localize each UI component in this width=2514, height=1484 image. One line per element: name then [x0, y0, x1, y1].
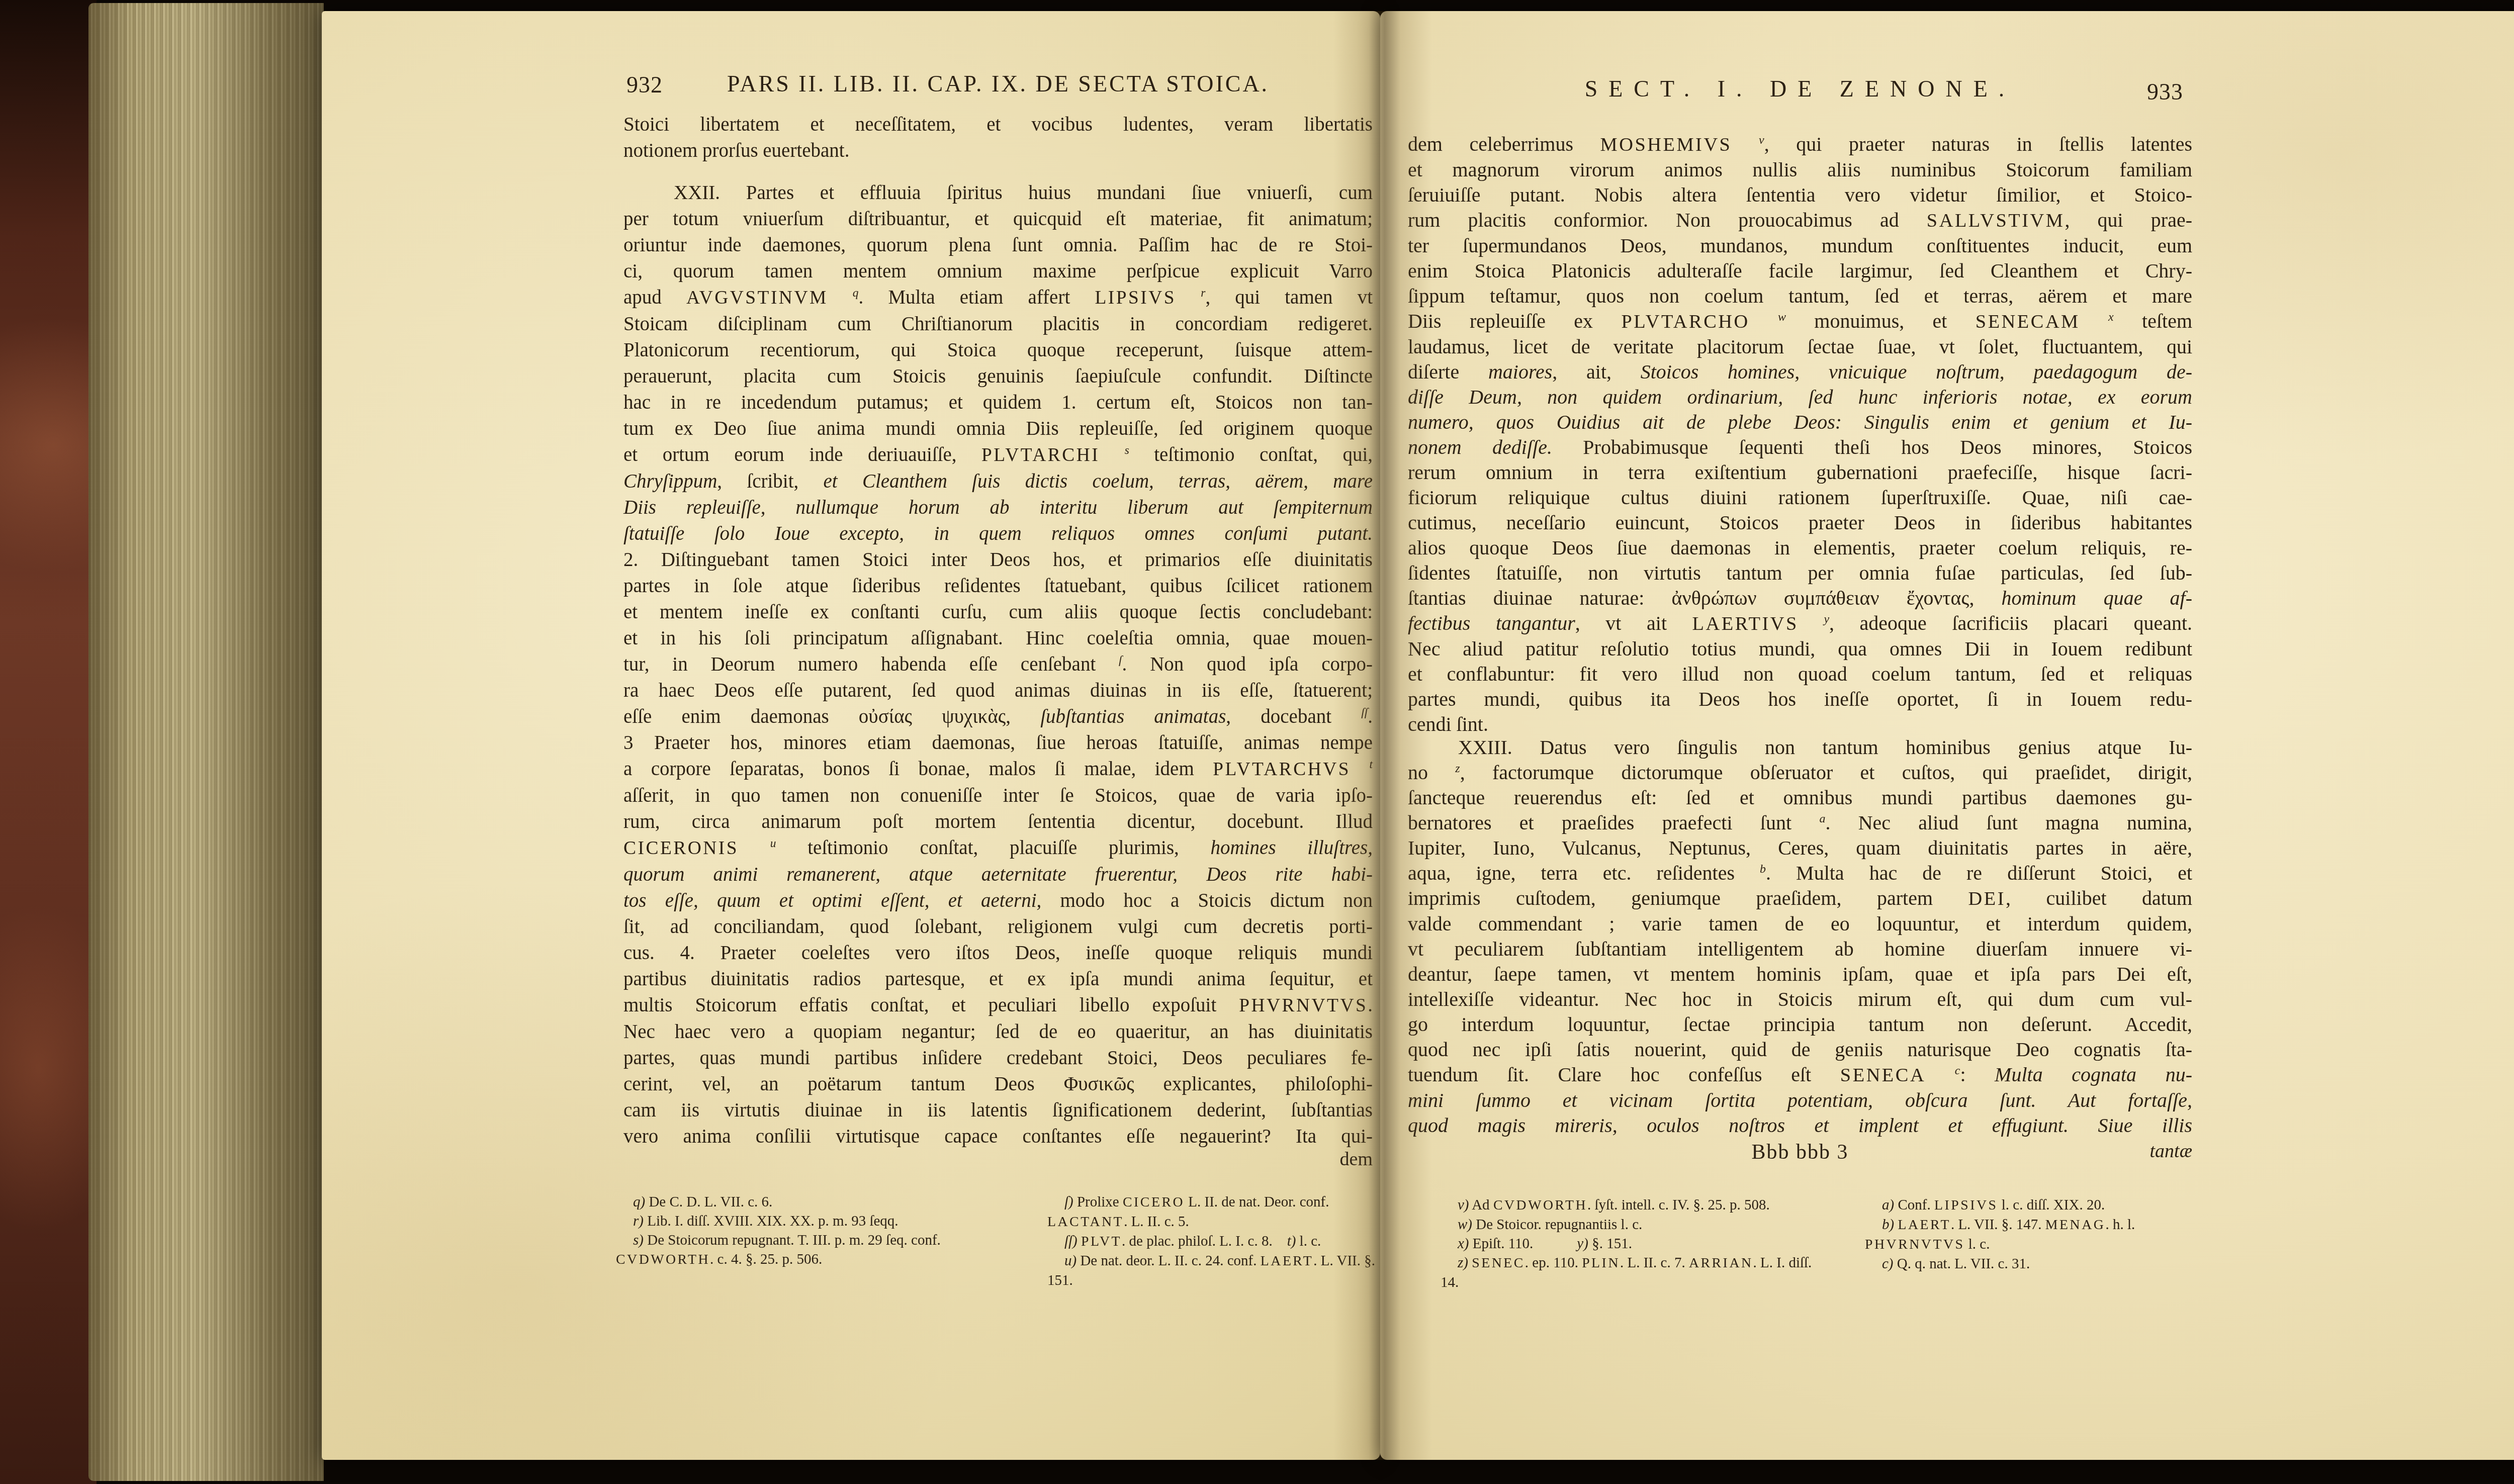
- text-line: 2. Diſtinguebant tamen Stoici inter Deos…: [623, 547, 1373, 573]
- page-edge-stack-left: [88, 3, 324, 1481]
- catchword-left: dem: [623, 1148, 1373, 1170]
- text-line: go interdum loquuntur, ſectae principia …: [1408, 1012, 2192, 1037]
- left-intro-paragraph: Stoici libertatem et neceſſitatem, et vo…: [623, 112, 1373, 164]
- text-line: apud AVGVSTINVM q. Multa etiam affert LI…: [623, 285, 1373, 311]
- text-line: no z, factorumque dictorumque obſeruator…: [1408, 760, 2192, 785]
- text-line: Platonicorum recentiorum, qui Stoica quo…: [623, 337, 1373, 363]
- text-line: fectibus tangantur, vt ait LAERTIVS y, a…: [1408, 611, 2192, 636]
- text-line: ſeruiuiſſe putant. Nobis altera ſententi…: [1408, 182, 2192, 208]
- footnotes-right-page: v) Ad CVDWORTH. ſyſt. intell. c. IV. §. …: [1441, 1195, 2200, 1292]
- page-number-left: 932: [626, 71, 663, 98]
- text-line: ſtantias diuinae naturae: ἀνθρώπων συμπά…: [1408, 586, 2192, 611]
- text-line: ficiorum reliquique cultus diuini ration…: [1408, 485, 2192, 510]
- text-line: tur, in Deorum numero habenda eſſe cenſe…: [623, 652, 1373, 678]
- text-line: tos eſſe, quum et optimi eſſent, et aete…: [623, 888, 1373, 914]
- text-line: quod magis mireris, oculos noſtros et im…: [1408, 1113, 2192, 1138]
- left-main-paragraph: XXII. Partes et effluuia ſpiritus huius …: [623, 180, 1373, 1150]
- text-line: partes in ſole atque ſideribus reſidente…: [623, 573, 1373, 599]
- page-number-right: 933: [2147, 78, 2183, 105]
- footnote: v) Ad CVDWORTH. ſyſt. intell. c. IV. §. …: [1441, 1195, 1823, 1215]
- text-line: et magnorum virorum animos nullis aliis …: [1408, 157, 2192, 182]
- catchword-right: tantæ: [2150, 1140, 2192, 1162]
- text-line: valde commendant ; varie tamen de eo loq…: [1408, 911, 2192, 937]
- book-cover-left: [0, 0, 97, 1484]
- text-line: eſſe enim daemonas οὐσίας ψυχικὰς, ſubſt…: [623, 704, 1373, 730]
- footnote: r) Lib. I. diſſ. XVIII. XIX. XX. p. m. 9…: [616, 1212, 1014, 1231]
- footnote: b) LAERT. L. VII. §. 147. MENAG. h. l. P…: [1865, 1215, 2200, 1254]
- text-line: et ortum eorum inde deriuauiſſe, PLVTARC…: [623, 442, 1373, 469]
- text-line: tuendum ſit. Clare hoc confeſſus eſt SEN…: [1408, 1062, 2192, 1088]
- footnote-column: q) De C. D. L. VII. c. 6.r) Lib. I. diſſ…: [616, 1192, 1014, 1290]
- text-line: Nec aliud patitur reſolutio totius mundi…: [1408, 636, 2192, 662]
- text-line: aqua, igne, terra etc. reſidentes b. Mul…: [1408, 861, 2192, 886]
- text-line: et mentem ineſſe ex conſtanti curſu, cum…: [623, 599, 1373, 625]
- footnote: x) Epiſt. 110. y) §. 151.: [1441, 1234, 1823, 1253]
- text-line: perauerunt, placita cum Stoicis genuinis…: [623, 363, 1373, 390]
- running-title-right: SECT. I. DE ZENONE.: [1585, 76, 2016, 102]
- footnote: u) De nat. deor. L. II. c. 24. conf. LAE…: [1047, 1251, 1375, 1290]
- text-line: Stoici libertatem et neceſſitatem, et vo…: [623, 112, 1373, 138]
- text-line: quod nec ipſi ſatis nouerint, quid de ge…: [1408, 1037, 2192, 1062]
- right-continuation-paragraph: dem celeberrimus MOSHEMIVS v, qui praete…: [1408, 132, 2192, 737]
- text-line: ſancteque reuerendus eſt: ſed et omnibus…: [1408, 785, 2192, 810]
- text-line: laudamus, licet de veritate placitorum ſ…: [1408, 334, 2192, 359]
- right-page: SECT. I. DE ZENONE. 933 dem celeberrimus…: [1380, 11, 2514, 1460]
- text-line: ſit, ad conciliandam, quod ſolebant, rel…: [623, 914, 1373, 940]
- text-line: ter ſupermundanos Deos, mundanos, mundum…: [1408, 233, 2192, 258]
- text-line: dem celeberrimus MOSHEMIVS v, qui praete…: [1408, 132, 2192, 157]
- footnote: z) SENEC. ep. 110. PLIN. L. II. c. 7. AR…: [1441, 1253, 1823, 1292]
- text-line: aſſerit, in quo tamen non conueniſſe int…: [623, 783, 1373, 809]
- text-line: partes, quas mundi partibus inſidere cre…: [623, 1045, 1373, 1071]
- text-line: XXII. Partes et effluuia ſpiritus huius …: [623, 180, 1373, 206]
- text-line: cerint, vel, an poëtarum tantum Deos Φυσ…: [623, 1071, 1373, 1097]
- text-line: CICERONIS u teſtimonio conſtat, placuiſſ…: [623, 835, 1373, 862]
- text-line: numero, quos Ouidius ait de plebe Deos: …: [1408, 410, 2192, 435]
- right-main-paragraph: XXIII. Datus vero ſingulis non tantum ho…: [1408, 735, 2192, 1138]
- text-line: multis Stoicorum effatis conſtat, et pec…: [623, 992, 1373, 1019]
- text-line: Stoicam diſciplinam cum Chriſtianorum pl…: [623, 311, 1373, 337]
- text-line: notionem prorſus euertebant.: [623, 138, 1373, 164]
- footnote: c) Q. q. nat. L. VII. c. 31.: [1865, 1254, 2200, 1273]
- text-line: Diis repleuiſſe, nullumque horum ab inte…: [623, 495, 1373, 521]
- text-line: Iupiter, Iuno, Vulcanus, Neptunus, Ceres…: [1408, 836, 2192, 861]
- footnote: ſſ) PLVT. de plac. philoſ. L. I. c. 8. t…: [1047, 1232, 1375, 1251]
- text-line: et conflabuntur: fit vero illud non quoa…: [1408, 662, 2192, 687]
- text-line: XXIII. Datus vero ſingulis non tantum ho…: [1408, 735, 2192, 760]
- signature-row: Bbb bbb 3 tantæ: [1408, 1140, 2192, 1164]
- text-line: 3 Praeter hos, minores etiam daemonas, ſ…: [623, 730, 1373, 756]
- text-line: Diis repleuiſſe ex PLVTARCHO w monuimus,…: [1408, 309, 2192, 334]
- running-header-right: SECT. I. DE ZENONE. 933: [1408, 75, 2192, 102]
- text-line: diſerte maiores, ait, Stoicos homines, v…: [1408, 359, 2192, 385]
- footnote: ſ) Prolixe CICERO L. II. de nat. Deor. c…: [1047, 1192, 1375, 1232]
- text-line: partes mundi, quibus ita Deos hos ineſſe…: [1408, 687, 2192, 712]
- footnote: q) De C. D. L. VII. c. 6.: [616, 1192, 1014, 1212]
- text-line: oriuntur inde daemones, quorum plena ſun…: [623, 232, 1373, 258]
- text-line: tum ex Deo ſiue anima mundi omnia Diis r…: [623, 416, 1373, 442]
- text-line: cus. 4. Praeter coeleſtes vero iſtos Deo…: [623, 940, 1373, 966]
- text-line: diſſe Deum, non quidem ordinarium, ſed h…: [1408, 385, 2192, 410]
- text-line: mini ſummo et vicinam ſortita potentiam,…: [1408, 1088, 2192, 1113]
- text-line: per totum vniuerſum diſtribuantur, et qu…: [623, 206, 1373, 232]
- text-line: imprimis cuſtodem, geniumque praeſidem, …: [1408, 886, 2192, 911]
- text-line: enim Stoica Platonicis adulteraſſe facil…: [1408, 258, 2192, 284]
- text-line: vero anima conſilii virtutisque capace c…: [623, 1124, 1373, 1150]
- left-page: 932 PARS II. LIB. II. CAP. IX. DE SECTA …: [322, 11, 1380, 1460]
- footnote-column: a) Conf. LIPSIVS l. c. diſſ. XIX. 20.b) …: [1865, 1195, 2200, 1292]
- text-line: nonem dediſſe. Probabimusque ſequenti th…: [1408, 435, 2192, 460]
- text-line: quorum animi remanerent, atque aeternita…: [623, 862, 1373, 888]
- text-line: ci, quorum tamen mentem omnium maxime pe…: [623, 258, 1373, 285]
- footnote-column: v) Ad CVDWORTH. ſyſt. intell. c. IV. §. …: [1441, 1195, 1823, 1292]
- text-line: et in his ſoli principatum aſſignabant. …: [623, 625, 1373, 652]
- text-line: intellexiſſe videantur. Nec hoc in Stoic…: [1408, 987, 2192, 1012]
- text-line: cendi ſint.: [1408, 712, 2192, 737]
- text-line: deantur, ſaepe tamen, vt mentem hominis …: [1408, 962, 2192, 987]
- footnote-column: ſ) Prolixe CICERO L. II. de nat. Deor. c…: [1047, 1192, 1375, 1290]
- text-line: cutimus, neceſſario euincunt, Stoicos pr…: [1408, 510, 2192, 535]
- text-line: alios quoque Deos ſiue daemonas in eleme…: [1408, 535, 2192, 561]
- text-line: rerum omnium in terra exiſtentium gubern…: [1408, 460, 2192, 485]
- signature-mark: Bbb bbb 3: [1751, 1141, 1848, 1164]
- text-line: vt peculiarem ſubſtantiam intelligentem …: [1408, 937, 2192, 962]
- running-title-left: PARS II. LIB. II. CAP. IX. DE SECTA STOI…: [727, 71, 1269, 97]
- text-line: ſidentes ſtatuiſſe, non virtutis tantum …: [1408, 561, 2192, 586]
- text-line: Chryſippum, ſcribit, et Cleanthem ſuis d…: [623, 469, 1373, 495]
- text-line: ra haec Deos eſſe putarent, ſed quod ani…: [623, 678, 1373, 704]
- footnote: s) De Stoicorum repugnant. T. III. p. m.…: [616, 1231, 1014, 1269]
- footnote: w) De Stoicor. repugnantiis l. c.: [1441, 1215, 1823, 1234]
- text-line: hac in re incedendum putamus; et quidem …: [623, 390, 1373, 416]
- text-line: a corpore ſeparatas, bonos ſi bonae, mal…: [623, 756, 1373, 783]
- text-line: Nec haec vero a quopiam negantur; ſed de…: [623, 1019, 1373, 1045]
- text-line: ſippum teſtamur, quos non coelum tantum,…: [1408, 284, 2192, 309]
- text-line: bernatores et praeſides praefecti ſunt a…: [1408, 810, 2192, 836]
- footnote: a) Conf. LIPSIVS l. c. diſſ. XIX. 20.: [1865, 1195, 2200, 1215]
- text-line: ſtatuiſſe ſolo Ioue excepto, in quem rel…: [623, 521, 1373, 547]
- running-header-left: 932 PARS II. LIB. II. CAP. IX. DE SECTA …: [623, 70, 1373, 97]
- text-line: rum placitis conformior. Non prouocabimu…: [1408, 208, 2192, 233]
- footnotes-left-page: q) De C. D. L. VII. c. 6.r) Lib. I. diſſ…: [616, 1192, 1375, 1290]
- text-line: cam iis virtutis diuinae in iis latentis…: [623, 1097, 1373, 1124]
- text-line: rum, circa animarum poſt mortem ſententi…: [623, 809, 1373, 835]
- book-spread: 932 PARS II. LIB. II. CAP. IX. DE SECTA …: [0, 0, 2514, 1484]
- text-line: partibus diuinitatis radios partesque, e…: [623, 966, 1373, 992]
